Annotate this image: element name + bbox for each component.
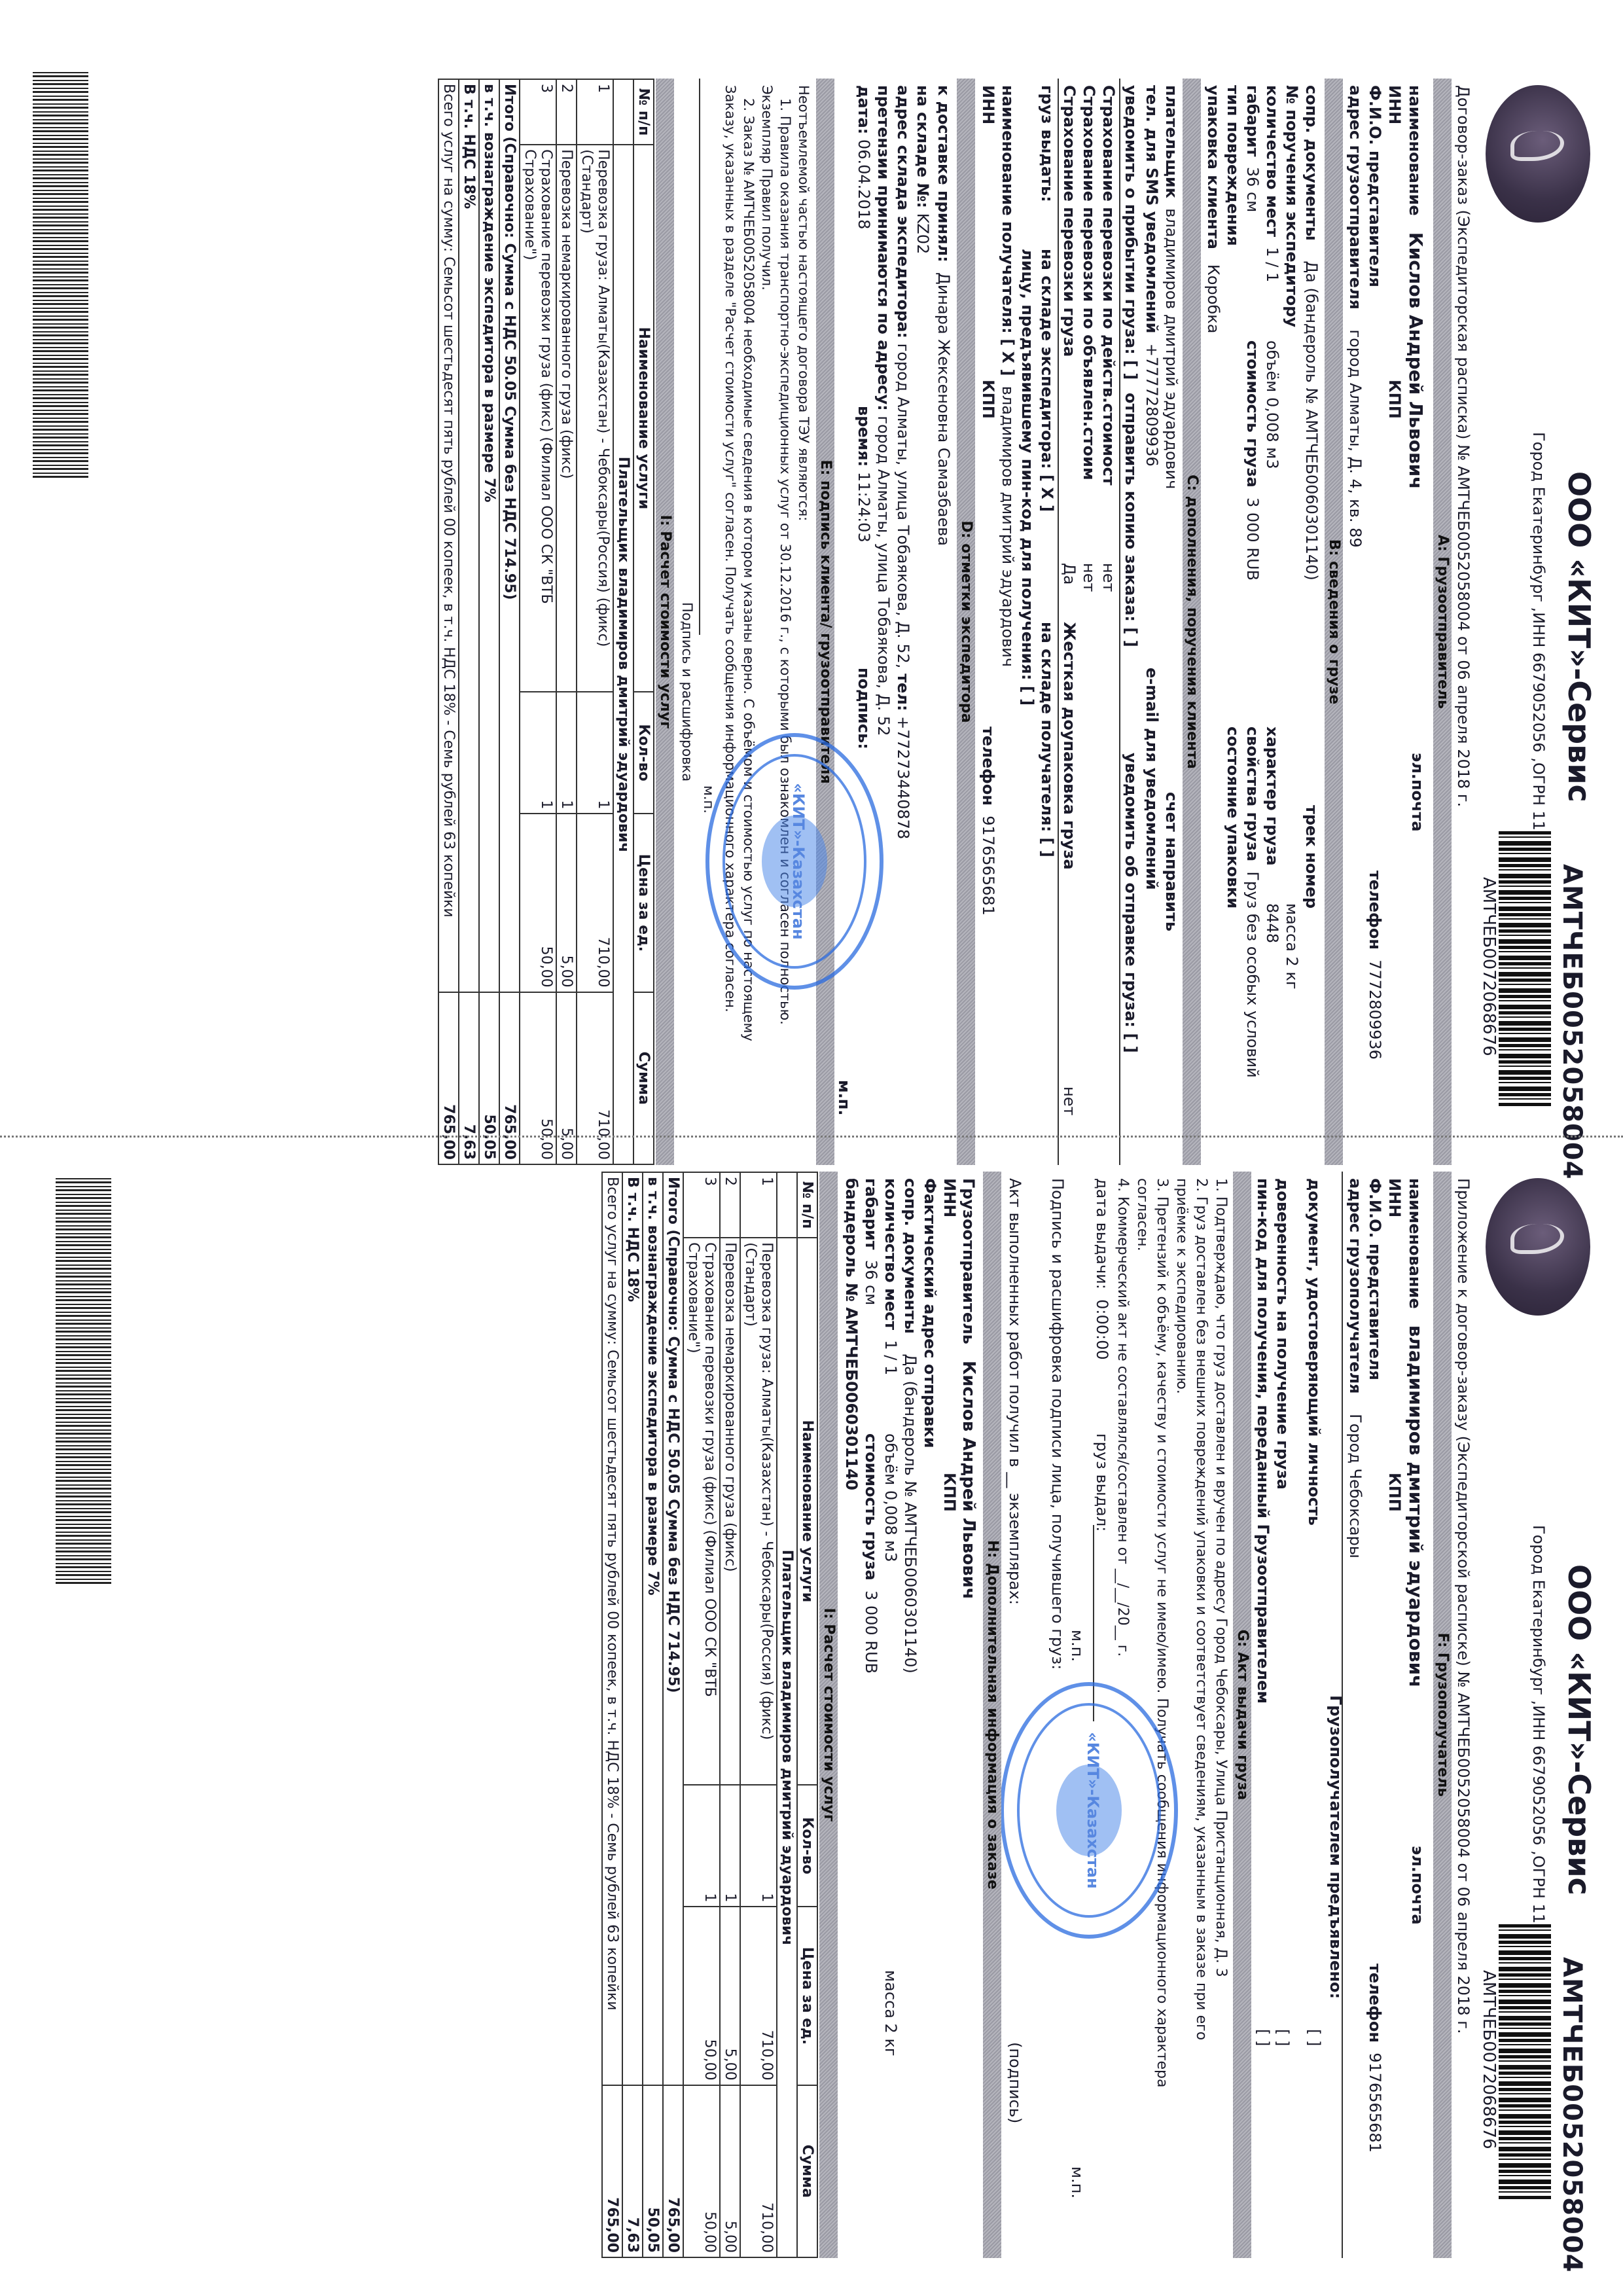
cell [777, 1172, 797, 1238]
service-name: Страхование перевозки груза (фикс) (Фили… [520, 145, 556, 692]
qty-value: 1 / 1 [882, 1340, 900, 1375]
payer-row: Плательщик владимиров дмитрий эдуардович [777, 1172, 797, 2257]
barcode-icon [1499, 1924, 1551, 2199]
divider [1342, 1172, 1343, 2258]
unit-price: 710,00 [577, 814, 613, 992]
label: трек номер [1302, 805, 1321, 908]
accept-time: 11:24:03 [855, 472, 873, 543]
summary-value: 50,05 [643, 2085, 663, 2257]
label: ИНН [979, 85, 997, 124]
label: стоимость груза [1243, 340, 1262, 488]
fee-row: в т.ч. вознаграждение экспедитора в разм… [479, 79, 499, 1164]
summary-value: 7,63 [459, 992, 479, 1164]
payer-value: владимиров дмитрий эдуардович [1162, 208, 1181, 489]
label: Ф.И.О. представителя [1366, 85, 1384, 287]
table-row: 1Перевозка груза: Алматы(Казахстан) - Че… [740, 1172, 777, 2257]
label: габарит [862, 1178, 880, 1250]
volume-value: объём 0,008 м3 [882, 1433, 900, 1562]
stamp-mark: м.п. [1068, 1630, 1086, 1662]
company-name: ООО «КИТ»-Сервис [1561, 471, 1597, 802]
receiver-phone: 9176565681 [1366, 2053, 1384, 2153]
shipper-name: Кислов Андрей Львович [1405, 232, 1427, 490]
shipper-phone: 7772809936 [1366, 960, 1384, 1060]
label: подпись: [855, 668, 873, 749]
column-header: Сумма [797, 2085, 817, 2257]
issue-receiver-checkbox[interactable]: [ ] [1038, 838, 1056, 857]
column-header: Цена за ед. [633, 814, 654, 992]
section-g-header: G: Акт выдачи груза [1233, 1172, 1251, 2258]
kit-logo-icon [1486, 1178, 1590, 1316]
label: адрес грузоотправителя [1346, 85, 1364, 310]
label: сопр. документы [1302, 85, 1321, 241]
quantity: 1 [577, 692, 613, 814]
stamp-mark: м.п. [835, 1080, 853, 1115]
barcode-number: АМТЧЕБ0052058004 [1557, 1957, 1587, 2273]
act-item-4: 4. Коммерческий акт не составлялся/соста… [1115, 1178, 1131, 1657]
label: время: [855, 406, 873, 467]
qty-value: 1 / 1 [1263, 247, 1281, 282]
arrival-checkbox[interactable]: [ ] [1122, 360, 1140, 380]
label: лицу, предъявившему пин-код для получени… [1018, 249, 1037, 680]
label: КПП [940, 1473, 959, 1512]
vat-row: В т.ч. НДС 18%7,63 [459, 79, 479, 1164]
stamp-text: «КИТ»-Казахстан [1084, 1686, 1102, 1935]
row-sum: 5,00 [720, 2085, 740, 2257]
pin-checkbox[interactable]: [ ] [1254, 2029, 1272, 2046]
column-header: Кол-во [633, 692, 654, 814]
label: дата: [855, 85, 873, 134]
warehouse-address: город Алматы, улица Тобаякова, Д. 52, [894, 344, 912, 669]
label: эл.почта [1408, 1846, 1427, 1925]
label: груз выдал: [1093, 1433, 1111, 1532]
docs-value: Да (бандероль № АМТЧЕБ0060301140) [1302, 260, 1321, 581]
label: отправить копию заказа: [1122, 393, 1140, 622]
quantity: 1 [740, 1785, 777, 1907]
label: уведомить о прибытии груза: [1122, 85, 1140, 355]
label: ИНН [940, 1178, 959, 1217]
quantity: 1 [520, 692, 556, 814]
volume-value: объём 0,008 м3 [1263, 340, 1281, 469]
summary-value: 765,00 [499, 992, 520, 1164]
label: к доставке принял: [935, 85, 953, 262]
label: ИНН [1385, 85, 1404, 124]
accepted-by: Динара Жексеновна Самазбаева [935, 272, 953, 546]
stamp-text: «КИТ»-Казахстан [789, 737, 808, 986]
section-i-header: I: Расчет стоимости услуг [656, 79, 674, 1165]
label: состояние упаковки [1224, 726, 1242, 908]
label: количество мест [882, 1178, 900, 1330]
label: на складе экспедитора: [1038, 249, 1056, 469]
order-value: 8448 [1263, 903, 1281, 943]
company-stamp: «КИТ»-Казахстан [1000, 1682, 1178, 1939]
payer-cell: Плательщик владимиров дмитрий эдуардович [613, 145, 633, 1164]
service-name: Перевозка груза: Алматы(Казахстан) - Чеб… [577, 145, 613, 692]
label: телефон [979, 726, 997, 806]
label: телефон [1366, 1964, 1384, 2043]
summary-label: в т.ч. вознаграждение экспедитора в разм… [643, 1172, 663, 2085]
column-header: Кол-во [797, 1785, 817, 1907]
kit-logo-icon [1486, 85, 1590, 223]
label: доверенность на получение груза [1274, 1178, 1292, 1490]
section-h-header: H: Дополнительная информация о заказе [983, 1172, 1001, 2258]
label: № поручения экспедитору [1283, 85, 1301, 327]
label: КПП [1385, 380, 1404, 419]
quantity: 1 [720, 1785, 740, 1907]
act-item-2: 2. Груз доставлен без внешних повреждени… [1193, 1178, 1209, 2040]
divider [1119, 79, 1120, 1165]
service-name: Перевозка груза: Алматы(Казахстан) - Чеб… [740, 1238, 777, 1785]
service-name: Перевозка немаркированного груза (фикс) [720, 1238, 740, 1785]
barcode-sub-number: АМТЧЕБ0072068676 [1479, 877, 1499, 1056]
row-number: 2 [556, 79, 577, 145]
receiver-checkbox[interactable]: [ X ] [999, 338, 1017, 376]
row-number: 1 [577, 79, 613, 145]
column-header: Наименование услуги [633, 145, 654, 692]
table-row: 1Перевозка груза: Алматы(Казахстан) - Че… [577, 79, 613, 1164]
issue-date: 0:00:00 [1093, 1299, 1111, 1360]
company-name: ООО «КИТ»-Сервис [1561, 1564, 1597, 1895]
fee-row: в т.ч. вознаграждение экспедитора в разм… [643, 1172, 663, 2257]
terms-intro: Неотъемлемой частью настоящего договора … [796, 85, 811, 521]
barcode-number: АМТЧЕБ0052058004 [1557, 864, 1587, 1180]
table-row: 2Перевозка немаркированного груза (фикс)… [720, 1172, 740, 2257]
contract-copy: ООО «КИТ»-Сервис Город Екатеринбург ,ИНН… [0, 65, 1623, 1178]
summary-value: 765,00 [602, 2085, 622, 2257]
cut-line [0, 1136, 1623, 1138]
summary-label: Итого (Справочно: Сумма с НДС 50.05 Сумм… [499, 79, 520, 992]
label: сопр. документы [901, 1178, 919, 1334]
summary-label: В т.ч. НДС 18% [622, 1172, 643, 2085]
dispatch-checkbox[interactable]: [ ] [1122, 1033, 1140, 1052]
row-sum: 710,00 [577, 992, 613, 1164]
id-doc-checkbox[interactable]: [ ] [1305, 2029, 1323, 2046]
summary-value: 50,05 [479, 992, 499, 1164]
unit-price: 50,00 [520, 814, 556, 992]
grand-total-row: Всего услуг на сумму: Семьсот шестьдесят… [602, 1172, 622, 2257]
company-stamp: «КИТ»-Казахстан [705, 733, 883, 990]
label: претензии принимаются по адресу: [874, 85, 893, 411]
unit-price: 710,00 [740, 1907, 777, 2085]
payer-row: Плательщик владимиров дмитрий эдуардович [613, 79, 633, 1164]
label: плательщик [1162, 85, 1181, 198]
label: ИНН [1385, 1178, 1404, 1217]
row-sum: 50,00 [683, 2085, 720, 2257]
ins-actual-value: нет [1099, 563, 1118, 592]
receiver-name: владимиров дмитрий эдуардович [999, 386, 1017, 667]
signature-caption: Подпись и расшифровка [679, 602, 695, 781]
label: тел: [894, 673, 912, 711]
unit-price: 5,00 [720, 1907, 740, 2085]
label: на складе №: [914, 85, 932, 208]
vat-row: В т.ч. НДС 18%7,63 [622, 1172, 643, 2257]
row-number: 2 [720, 1172, 740, 1238]
section-i-header: I: Расчет стоимости услуг [819, 1172, 838, 2258]
act-item-2b: приёмке к экспедированию. [1173, 1178, 1190, 1394]
receiver-phone: 9176565681 [979, 816, 997, 916]
section-a-header: А: Грузоотправитель [1433, 79, 1452, 1165]
summary-value: 7,63 [622, 2085, 643, 2257]
label: эл.почта [1408, 753, 1427, 832]
label: документ, удостоверяющий личность [1305, 1178, 1323, 1526]
cost-value: 3 000 RUB [862, 1590, 880, 1674]
row-number: 1 [740, 1172, 777, 1238]
table-header-row: № п/пНаименование услугиКол-воЦена за ед… [633, 79, 654, 1164]
act-item-1: 1. Подтверждаю, что груз доставлен и вру… [1213, 1178, 1229, 1977]
signature-line [699, 79, 700, 635]
label: адрес склада экспедитора: [894, 85, 912, 338]
label: стоимость груза [862, 1433, 880, 1581]
claims-address: город Алматы, улица Тобаякова, Д. 52 [874, 416, 893, 736]
section-b-header: В: сведения о грузе [1325, 79, 1343, 1165]
service-name: Страхование перевозки груза (фикс) (Фили… [683, 1238, 720, 1785]
power-checkbox[interactable]: [ ] [1274, 2029, 1292, 2046]
unit-price: 5,00 [556, 814, 577, 992]
label: КПП [1385, 1473, 1404, 1512]
cell [613, 79, 633, 145]
table-header-row: № п/пНаименование услугиКол-воЦена за ед… [797, 1172, 817, 2257]
sms-value: +77772809936 [1143, 344, 1161, 467]
parcel-number: бандероль № АМТЧЕБ0060301140 [842, 1178, 861, 1490]
label: характер груза [1263, 726, 1281, 866]
summary-label: В т.ч. НДС 18% [459, 79, 479, 992]
cost-value: 3 000 RUB [1243, 497, 1262, 581]
label: Фактический адрес отправки [921, 1178, 939, 1448]
cost-table: № п/пНаименование услугиКол-воЦена за ед… [601, 1172, 818, 2258]
label: груз выдать: [1038, 85, 1056, 202]
section-f-header: F: Грузополучатель [1433, 1172, 1452, 2258]
column-header: Наименование услуги [797, 1238, 817, 1785]
accept-date: 06.04.2018 [855, 139, 873, 229]
pack-value: Коробка [1204, 264, 1222, 334]
payer-cell: Плательщик владимиров дмитрий эдуардович [777, 1238, 797, 2257]
section-e-header: Е: подпись клиента/ грузоотправителя [816, 79, 834, 1165]
act-item-3b: согласен. [1134, 1178, 1150, 1251]
label: пин-код для получения, переданный Грузоо… [1254, 1178, 1272, 1704]
ins-declared-value: нет [1080, 563, 1098, 592]
service-name: Перевозка немаркированного груза (фикс) [556, 145, 577, 692]
row-sum: 50,00 [520, 992, 556, 1164]
label: наименование [1406, 1178, 1424, 1309]
column-header: № п/п [797, 1172, 817, 1238]
appendix-copy: ООО «КИТ»-Сервис Город Екатеринбург ,ИНН… [0, 1158, 1623, 2271]
label: Страхование перевозки по объявлен.стоим [1080, 85, 1098, 480]
barcode-sub-number: АМТЧЕБ0072068676 [1479, 1970, 1499, 2149]
warehouse-phone: +77273440878 [894, 716, 912, 839]
table-row: 3Страхование перевозки груза (фикс) (Фил… [520, 79, 556, 1164]
size-value: 36 см [1243, 167, 1262, 212]
copies-line: Акт выполненных работ получил в __ экзем… [1006, 1178, 1024, 1605]
total-row: Итого (Справочно: Сумма с НДС 50.05 Сумм… [499, 79, 520, 1164]
row-sum: 5,00 [556, 992, 577, 1164]
terms-item-1b: Экземпляр Правил получил. [759, 85, 775, 291]
summary-label: Итого (Справочно: Сумма с НДС 50.05 Сумм… [663, 1172, 683, 2085]
hard-pack-value: нет [1060, 1086, 1079, 1115]
receiver-address: Город Чебоксары [1346, 1414, 1364, 1558]
total-row: Итого (Справочно: Сумма с НДС 50.05 Сумм… [663, 1172, 683, 2257]
mass-value: масса 2 кг [1283, 903, 1301, 990]
unit-price: 50,00 [683, 1907, 720, 2085]
barcode-icon [1499, 831, 1551, 1106]
receiver-signature-caption: Подпись и расшифровка подписи лица, полу… [1048, 1178, 1067, 1670]
column-header: Сумма [633, 992, 654, 1164]
shipper-address: город Алматы, Д. 4, кв. 89 [1346, 329, 1364, 547]
issue-warehouse-checkbox[interactable]: [ X ] [1038, 475, 1056, 512]
label: тел. для SMS уведомлений [1143, 85, 1161, 333]
label: на складе получателя: [1038, 622, 1056, 832]
label: уведомить об отправке груза: [1122, 753, 1140, 1028]
summary-label: Всего услуг на сумму: Семьсот шестьдесят… [602, 1172, 622, 2085]
props-value: Груз без особых условий [1243, 871, 1262, 1077]
shipper-name: Кислов Андрей Львович [959, 1361, 978, 1600]
label: габарит [1243, 85, 1262, 157]
grand-total-row: Всего услуг на сумму: Семьсот шестьдесят… [438, 79, 459, 1164]
table-row: 3Страхование перевозки груза (фикс) (Фил… [683, 1172, 720, 2257]
size-value: 36 см [862, 1260, 880, 1305]
summary-label: в т.ч. вознаграждение экспедитора в разм… [479, 79, 499, 992]
stamp-mark: м.п. [1068, 2166, 1086, 2198]
label: количество мест [1263, 85, 1281, 237]
section-d-header: D: отметки экспедитора [957, 79, 975, 1165]
contract-line: Договор-заказ (Экспедиторская расписка) … [1454, 85, 1472, 807]
label: наименование [1406, 85, 1424, 216]
label: телефон [1366, 870, 1384, 950]
label: наименование получателя: [999, 85, 1017, 334]
label: Грузоотправитель [959, 1178, 978, 1344]
summary-value: 765,00 [663, 2085, 683, 2257]
rotated-page: ООО «КИТ»-Сервис Город Екатеринбург ,ИНН… [0, 0, 1623, 2296]
label: адрес грузополучателя [1346, 1178, 1364, 1394]
label: Ф.И.О. представителя [1366, 1178, 1384, 1380]
row-number: 3 [683, 1172, 720, 1238]
label: Страхование перевозки по действ.стоимост [1099, 85, 1118, 486]
label: Страхование перевозки груза [1060, 85, 1079, 357]
signature-hint: (подпись) [1006, 2042, 1024, 2123]
quantity: 1 [683, 1785, 720, 1907]
label: e-mail для уведомлений [1143, 668, 1161, 890]
column-header: Цена за ед. [797, 1907, 817, 2085]
divider [1058, 79, 1059, 1165]
act-item-3: 3. Претензий к объёму, качеству и стоимо… [1154, 1178, 1170, 2088]
row-sum: 710,00 [740, 2085, 777, 2257]
column-header: № п/п [633, 79, 654, 145]
label: дата выдачи: [1093, 1178, 1111, 1289]
label: Жесткая доупаковка груза [1060, 622, 1079, 870]
appendix-line: Приложение к договор-заказу (Экспедиторс… [1454, 1178, 1472, 2034]
quantity: 1 [556, 692, 577, 814]
receiver-name: владимиров дмитрий эдуардович [1405, 1325, 1427, 1688]
mass-value: масса 2 кг [882, 1970, 900, 2056]
label: упаковка клиента [1204, 85, 1222, 249]
summary-value: 765,00 [438, 992, 459, 1164]
label: тип повреждения [1224, 85, 1242, 246]
docs-value: Да (бандероль № АМТЧЕБ0060301140) [901, 1354, 919, 1674]
cost-table: № п/пНаименование услугиКол-воЦена за ед… [438, 79, 654, 1165]
warehouse-number: KZ02 [914, 213, 932, 255]
label: КПП [979, 380, 997, 419]
issue-pin-checkbox[interactable]: [ ] [1018, 686, 1037, 706]
label: счет направить [1162, 792, 1181, 931]
row-number: 3 [520, 79, 556, 145]
table-row: 2Перевозка немаркированного груза (фикс)… [556, 79, 577, 1164]
section-c-header: С: дополнения, поручения клиента [1183, 79, 1201, 1165]
copy-checkbox[interactable]: [ ] [1122, 627, 1140, 647]
ins-cargo-value: Да [1060, 563, 1079, 584]
label: свойства груза [1243, 726, 1262, 861]
summary-label: Всего услуг на сумму: Семьсот шестьдесят… [438, 79, 459, 992]
